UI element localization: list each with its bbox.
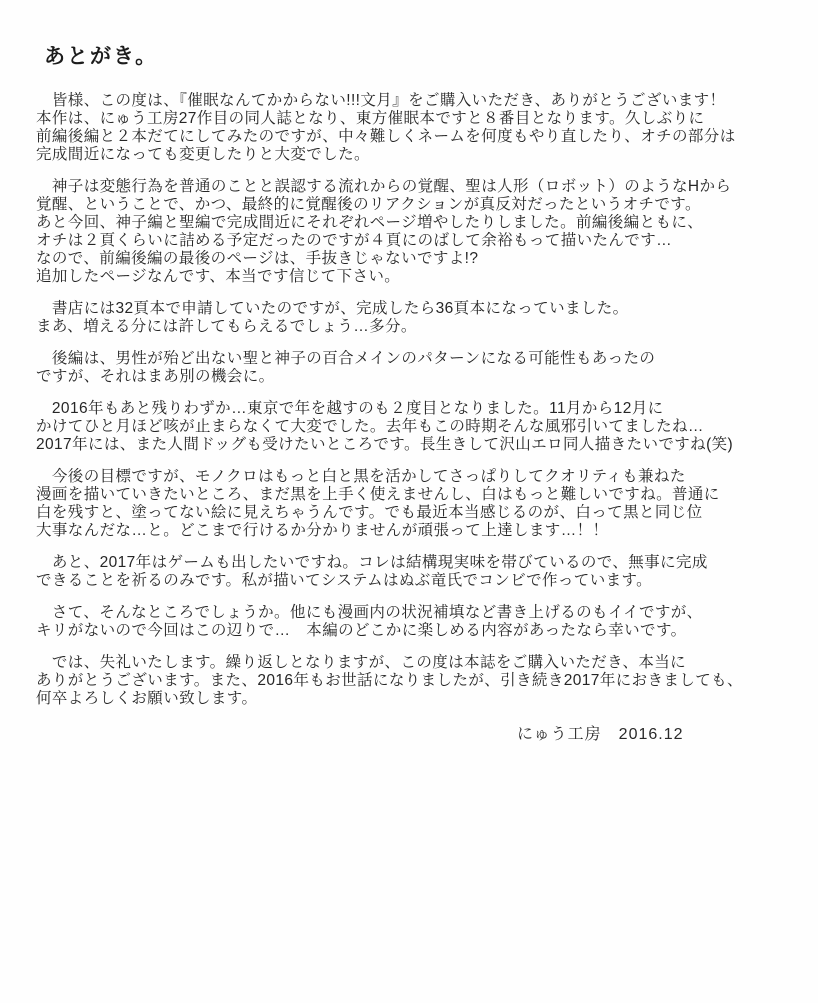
paragraph-sequel-idea: 後編は、男性が殆ど出ない聖と神子の百合メインのパターンになる可能性もあったの で… [36,350,800,386]
paragraph-year-review: 2016年もあと残りわずか…東京で年を越すのも２度目となりました。11月から12… [36,400,800,454]
paragraph-ending-notes: 神子は変態行為を普通のことと誤認する流れからの覚醒、聖は人形（ロボット）のような… [36,178,800,286]
paragraph-game-plans: あと、2017年はゲームも出したいですね。コレは結構現実味を帯びているので、無事… [36,554,800,590]
paragraph-farewell: では、失礼いたします。繰り返しとなりますが、この度は本誌をご購入いただき、本当に… [36,654,800,708]
paragraph-closing-remarks: さて、そんなところでしょうか。他にも漫画内の状況補填など書き上げるのもイイですが… [36,604,800,640]
afterword-content: あとがき。 皆様、この度は、『催眠なんてかからない!!!文月』をご購入いただき、… [36,40,800,744]
paragraph-page-count: 書店には32頁本で申請していたのですが、完成したら36頁本になっていました。 ま… [36,300,800,336]
paragraph-greeting: 皆様、この度は、『催眠なんてかからない!!!文月』をご購入いただき、ありがとうご… [36,92,800,164]
page-title: あとがき。 [36,40,800,70]
afterword-page: あとがき。 皆様、この度は、『催眠なんてかからない!!!文月』をご購入いただき、… [0,0,818,1003]
signature-credit: にゅう工房 2016.12 [36,721,800,744]
paragraph-art-goals: 今後の目標ですが、モノクロはもっと白と黒を活かしてさっぱりしてクオリティも兼ねた… [36,468,800,540]
